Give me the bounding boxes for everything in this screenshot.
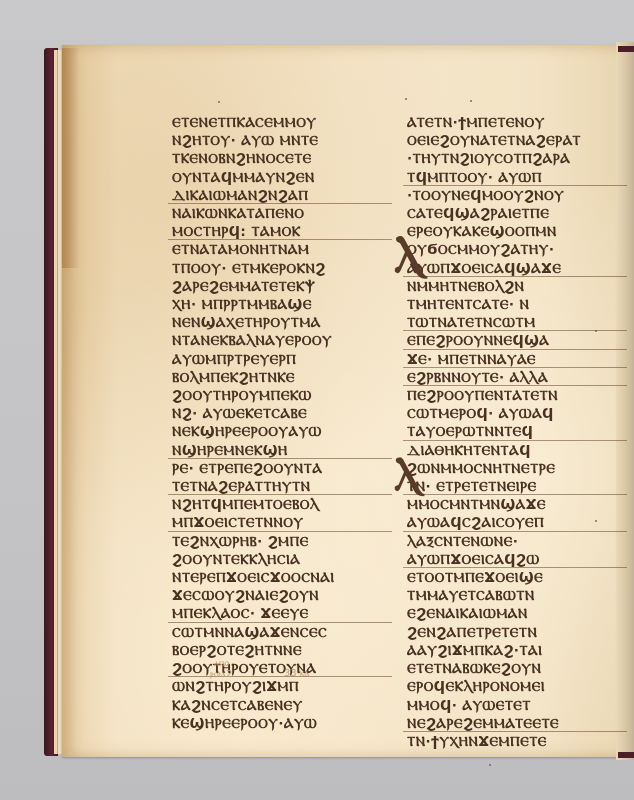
text-line: ⲦⲠⲞⲞⲨ· ⲈⲦⲘⲔⲈⲢⲞⲔⲚϨ xyxy=(172,260,372,278)
text-line: ϨⲞⲞⲨⲦⲎⲢⲞⲨⲘⲠⲈⲔⲰ xyxy=(172,387,372,405)
text-column-right: ⲀⲦⲈⲦⲚ·ϯⲘⲠⲈⲦⲈⲚⲞⲨⲞⲈⲒⲈϨⲞⲨⲚⲀⲦⲈⲦⲚⲀϨⲈⲢⲀⲦ·ⲦⲎⲨⲦⲚ… xyxy=(407,114,607,751)
text-line: ⲚϨ· ⲀⲨⲰⲈⲔⲈⲦⲤⲀⲂⲈ xyxy=(172,405,372,423)
text-line: ⲬⲎ· ⲘⲠⲢⲢⲦⲘⲘⲂⲀϢⲈ xyxy=(172,296,372,314)
text-line: ⲈⲦⲚⲀⲦⲀⲘⲞⲚⲎⲦⲚⲀⲘ xyxy=(172,241,372,259)
text-line: ⲞⲈⲒⲈϨⲞⲨⲚⲀⲦⲈⲦⲚⲀϨⲈⲢⲀⲦ xyxy=(407,132,607,150)
text-line: ⲖⲀⲜⲤⲚⲦⲈⲚⲰⲚⲈ· xyxy=(407,533,607,551)
text-line: ⲞⲨϬⲞⲤⲘⲘⲞⲨϨⲀⲦⲎⲨ· xyxy=(407,241,607,259)
text-line: ϨⲞⲞⲨⲚⲦⲈⲔⲔⲖⲎⲤⲒⲀ xyxy=(172,551,372,569)
text-line: ⲦⲀⲨⲞⲈⲢⲰⲦⲚⲚⲦⲈϤ xyxy=(407,423,607,441)
text-line: ·ⲦⲎⲨⲦⲚϨⲒⲞⲨⲤⲞⲦⲠϨⲀⲢⲀ xyxy=(407,150,607,168)
text-line: ⲆⲒⲔⲀⲒⲰⲘⲀⲚϨⲚϨⲀⲠ xyxy=(172,187,372,205)
text-line: ⲦⲈⲦⲚⲀϨⲈⲢⲀⲦⲦⲎⲨⲦⲚ xyxy=(172,478,372,496)
text-line: ⲀⲦⲈⲦⲚ·ϯⲘⲠⲈⲦⲈⲚⲞⲨ xyxy=(407,114,607,132)
text-line: ⲚϢⲎⲢⲈⲘⲚⲈⲔϢⲎ xyxy=(172,442,372,460)
decorated-initial: Ⲗ xyxy=(394,236,423,280)
text-line: ⲈⲠⲈϨⲢⲞⲞⲨⲚⲚⲈϤϢⲀ xyxy=(407,332,607,350)
decorated-initial: Ⲗ xyxy=(394,457,420,497)
text-line: ϨⲞⲞⲨⲦⲎⲢⲞⲨⲈⲦⲞⲨⲚⲀ xyxy=(172,660,372,678)
text-line: ⲀⲨⲰⲠϪⲞⲈⲒⲤⲀϤϢⲀϪⲈ xyxy=(407,260,607,278)
text-line: ⲦⲘⲘⲀⲨⲈⲦⲤⲀⲂⲰⲦⲚ xyxy=(407,587,607,605)
text-line: ⲚⲀⲒⲔⲰⲚⲔⲀⲦⲀⲠⲈⲚⲞ xyxy=(172,205,372,223)
text-line: ϨⲀⲢⲈϨⲈⲘⲘⲀⲦⲈⲦⲈⲔⲮ xyxy=(172,278,372,296)
text-line: ϨⲈⲚϨⲀⲠⲈⲦⲢⲈⲦⲈⲦⲚ xyxy=(407,624,607,642)
text-line: ⲈⲦⲈⲦⲚⲀⲂⲰⲔⲈϨⲞⲨⲚ xyxy=(407,660,607,678)
text-line: ⲂⲞⲈⲢϨⲞⲦⲈϨⲎⲦⲚⲚⲈ xyxy=(172,642,372,660)
facing-page-edge xyxy=(616,42,634,760)
text-line: ⲚⲈⲔϢⲎⲢⲈⲈⲢⲞⲞⲨⲀⲨⲰ xyxy=(172,423,372,441)
text-line: ⲤⲰⲦⲘⲚⲚⲀϢⲀϪⲈⲚⲤⲈⲤ xyxy=(172,624,372,642)
text-line: ⲦⲚ·ϯⲨⲬⲎⲚϪⲈⲘⲠⲈⲦⲈ xyxy=(407,733,607,751)
text-line: ·ⲦⲞⲞⲨⲚⲈϤⲘⲞⲞⲨϨⲚⲞⲨ xyxy=(407,187,607,205)
binding-corner-bottom xyxy=(618,752,634,758)
binding-corner-top xyxy=(618,46,634,52)
text-line: ⲚⲘⲘⲎⲦⲚⲈⲂⲞⲖϨⲚ xyxy=(407,278,607,296)
prick-mark xyxy=(218,101,220,103)
text-line: ⲤⲀⲦⲈϤϢⲀϨⲢⲀⲒⲈⲦⲠⲈ xyxy=(407,205,607,223)
prick-mark xyxy=(405,98,407,100)
prick-mark xyxy=(470,100,472,102)
text-line: ϨⲰⲚⲘⲘⲞⲤⲚⲎⲦⲚⲈⲦⲢⲈ xyxy=(407,460,607,478)
text-line: ⲤⲰⲦⲘⲈⲢⲞϤ· ⲀⲨⲰⲀϤ xyxy=(407,405,607,423)
text-line: ⲈⲦⲞⲞⲦⲘⲠⲈϪⲞⲈⲒϢⲈ xyxy=(407,569,607,587)
text-column-left: ⲈⲦⲈⲚⲈⲦⲠⲔⲀⲤⲈⲘⲘⲞⲨⲚϨⲎⲦⲞⲨ· ⲀⲨⲰ ⲘⲚⲦⲈⲦⲔⲈⲚⲞⲂⲚϨⲎ… xyxy=(172,114,372,733)
text-line: ⲞⲨⲚⲦⲀϤⲘⲘⲀⲨⲚϨⲈⲚ xyxy=(172,169,372,187)
text-line: ⲀⲨⲰⲀϤⲤϨⲀⲒⲤⲞⲨⲈⲠ xyxy=(407,514,607,532)
text-line: ⲰⲚϨⲦⲎⲢⲞⲨϨⲒϪⲘⲠ xyxy=(172,678,372,696)
text-line: ⲦϤⲘⲠⲦⲞⲞⲨ· ⲀⲨⲰⲠ xyxy=(407,169,607,187)
text-line: ⲚⲦⲀⲚⲈⲔⲂⲀⲖⲚⲀⲨⲈⲢⲞⲞⲨ xyxy=(172,332,372,350)
text-line: ⲘⲠⲈⲔⲖⲀⲞⲤ· ϪⲈⲈⲨⲈ xyxy=(172,605,372,623)
text-line: ⲦⲘⲎⲦⲈⲚⲦⲤⲀⲦⲈ· Ⲛ xyxy=(407,296,607,314)
text-line: ⲚⲈⲚϢⲀⲬⲈⲦⲎⲢⲞⲨⲦⲘⲀ xyxy=(172,314,372,332)
text-line: ϪⲈⲤⲰⲞⲨϨⲚⲀⲒⲈϨⲞⲨⲚ xyxy=(172,587,372,605)
text-line: ⲘⲘⲞϤ· ⲀⲨⲰⲈⲦⲈⲦ xyxy=(407,697,607,715)
text-line: ⲈⲦⲈⲚⲈⲦⲠⲔⲀⲤⲈⲘⲘⲞⲨ xyxy=(172,114,372,132)
text-line: ⲀⲨⲰⲠϪⲞⲈⲒⲤⲀϤϨⲰ xyxy=(407,551,607,569)
text-line: ⲘⲠϪⲞⲈⲒⲤⲦⲈⲦⲚⲚⲞⲨ xyxy=(172,514,372,532)
text-line: ⲆⲒⲀⲐⲎⲔⲎⲦⲈⲚⲦⲀϤ xyxy=(407,442,607,460)
text-line: ⲚϨⲎⲦⲞⲨ· ⲀⲨⲰ ⲘⲚⲦⲈ xyxy=(172,132,372,150)
text-line: ⲀⲀⲨϨⲒϪⲘⲠⲔⲀϨ·ⲦⲀⲒ xyxy=(407,642,607,660)
text-line: ⲈⲢⲞϤⲈⲔⲖⲎⲢⲞⲚⲞⲘⲈⲒ xyxy=(407,678,607,696)
text-line: ⲘⲘⲞⲤⲘⲚⲦⲘⲚϢⲀϪⲈ xyxy=(407,496,607,514)
pencil-mark: ⲁⲡⲟ xyxy=(214,658,229,669)
text-line: ⲦⲚ· ⲈⲦⲢⲈⲦⲈⲦⲚⲈⲒⲢⲈ xyxy=(407,478,607,496)
text-line: ϪⲈ· ⲘⲠⲈⲦⲚⲚⲀⲨⲀⲈ xyxy=(407,351,607,369)
text-line: ⲚⲦⲈⲢⲈⲠϪⲞⲈⲒⲤϪⲞⲞⲤⲚⲀⲒ xyxy=(172,569,372,587)
text-line: ⲦⲈϨⲚⲬⲰⲢⲎⲂ· ϨⲘⲠⲈ xyxy=(172,533,372,551)
text-line: ⲠⲈϨⲢⲞⲞⲨⲠⲈⲚⲦⲀⲦⲈⲦⲚ xyxy=(407,387,607,405)
pencil-mark: ⲣⲟⲓⲁ2 xyxy=(210,669,232,680)
text-line: ⲈϨⲢⲂⲚⲚⲞⲨⲦⲈ· ⲀⲖⲖⲀ xyxy=(407,369,607,387)
text-line: ⲘⲞⲤⲦⲎⲢϤ: ⲦⲀⲘⲞⲔ xyxy=(172,223,372,241)
text-line: ⲚⲈϨⲀⲢⲈϨⲈⲘⲘⲀⲦⲈⲈⲦⲈ xyxy=(407,715,607,733)
text-line: ⲂⲞⲖⲘⲠⲈⲔϨⲎⲦⲚⲔⲈ xyxy=(172,369,372,387)
text-line: ⲈϨⲈⲚⲀⲒⲔⲀⲒⲰⲘⲀⲚ xyxy=(407,605,607,623)
pencil-mark: 33 ⲕⲁ xyxy=(284,668,309,679)
text-line: ⲀⲨⲰⲘⲠⲢⲦⲢⲈⲨⲈⲢⲠ xyxy=(172,351,372,369)
text-line: ⲚϨⲎⲦϤⲘⲠⲈⲘⲦⲞⲈⲂⲞⲖ xyxy=(172,496,372,514)
text-line: ⲈⲢⲈⲞⲨⲔⲀⲔⲈϢⲞⲞⲠⲘⲚ xyxy=(407,223,607,241)
text-line: ⲔⲀϨⲚⲤⲈⲦⲤⲀⲂⲈⲚⲈⲨ xyxy=(172,697,372,715)
prick-mark xyxy=(489,764,491,766)
text-line: ⲦⲔⲈⲚⲞⲂⲚϨⲎⲚⲞⲤⲈⲦⲈ xyxy=(172,150,372,168)
text-line: ⲦⲰⲦⲚⲀⲦⲈⲦⲚⲤⲰⲦⲘ xyxy=(407,314,607,332)
gutter-stain xyxy=(62,48,80,268)
text-line: ⲔⲈϢⲎⲢⲈⲈⲢⲞⲞⲨ·ⲀⲨⲰ xyxy=(172,715,372,733)
text-line: ⲢⲈ· ⲈⲦⲢⲈⲠⲈϨⲞⲞⲨⲚⲦⲀ xyxy=(172,460,372,478)
